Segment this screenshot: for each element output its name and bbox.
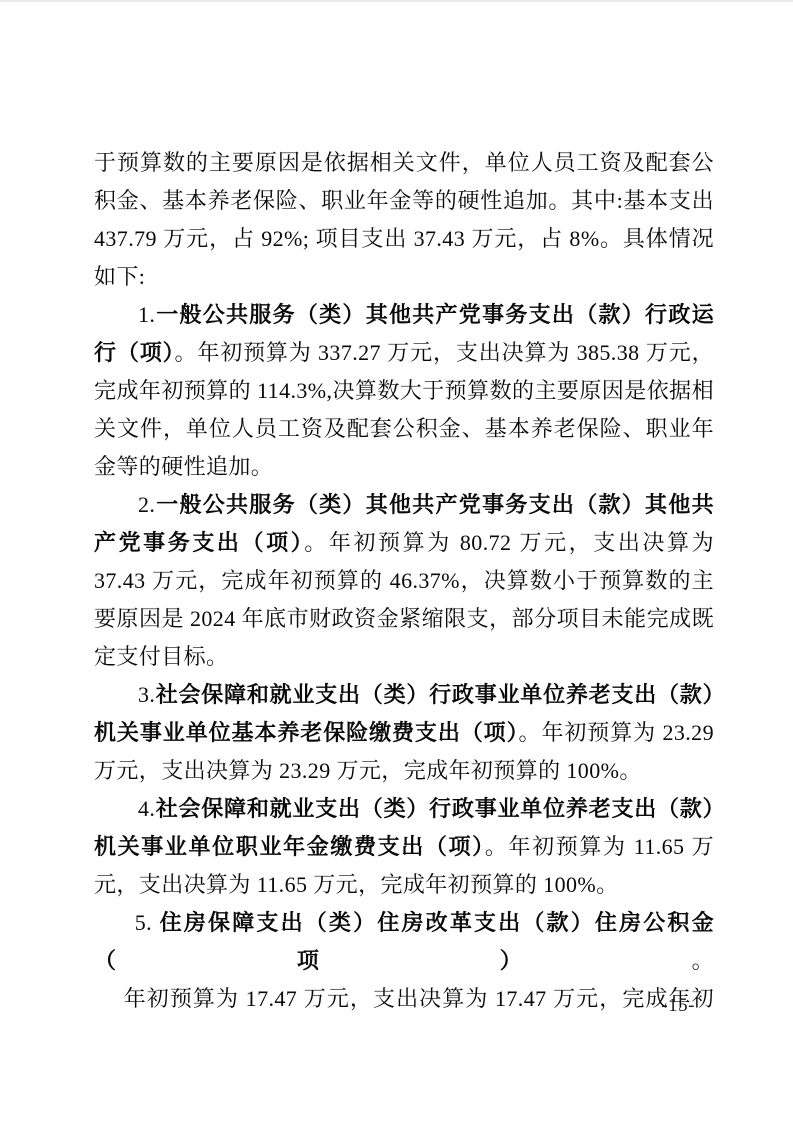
body-text: 于预算数的主要原因是依据相关文件，单位人员工资及配套公积金、基本养老保险、职业年… (94, 150, 714, 289)
paragraph-continuation: 于预算数的主要原因是依据相关文件，单位人员工资及配套公积金、基本养老保险、职业年… (94, 144, 714, 296)
body-text: 3. (138, 682, 155, 707)
paragraph-item-5-body-line: 年初预算为 17.47 万元，支出决算为 17.47 万元，完成年初 (94, 980, 714, 1018)
paragraph-item-4: 4.社会保障和就业支出（类）行政事业单位养老支出（款）机关事业单位职业年金缴费支… (94, 790, 714, 904)
body-text: 年初预算为 17.47 万元，支出决算为 17.47 万元，完成年初 (124, 986, 714, 1011)
paragraph-item-3: 3.社会保障和就业支出（类）行政事业单位养老支出（款）机关事业单位基本养老保险缴… (94, 676, 714, 790)
paragraph-item-5-heading-line: 5. 住房保障支出（类）住房改革支出（款）住房公积金（项）。 (94, 904, 714, 980)
paragraph-item-2: 2.一般公共服务（类）其他共产党事务支出（款）其他共产党事务支出（项）。年初预算… (94, 486, 714, 676)
document-body: 于预算数的主要原因是依据相关文件，单位人员工资及配套公积金、基本养老保险、职业年… (94, 144, 714, 1018)
body-text: 。年初预算为 337.27 万元，支出决算为 385.38 万元，完成年初预算的… (94, 340, 714, 479)
body-text: 。 (692, 948, 714, 973)
body-text: 4. (138, 796, 155, 821)
body-text: 1. (138, 302, 155, 327)
document-page: 于预算数的主要原因是依据相关文件，单位人员工资及配套公积金、基本养老保险、职业年… (0, 0, 793, 1122)
paragraph-item-1: 1.一般公共服务（类）其他共产党事务支出（款）行政运行（项）。年初预算为 337… (94, 296, 714, 486)
page-number: -15- (661, 996, 695, 1016)
body-text: 2. (138, 492, 155, 517)
body-text: 5. (135, 910, 160, 935)
expense-heading-text: 住房保障支出（类）住房改革支出（款）住房公积金（项） (94, 910, 714, 973)
